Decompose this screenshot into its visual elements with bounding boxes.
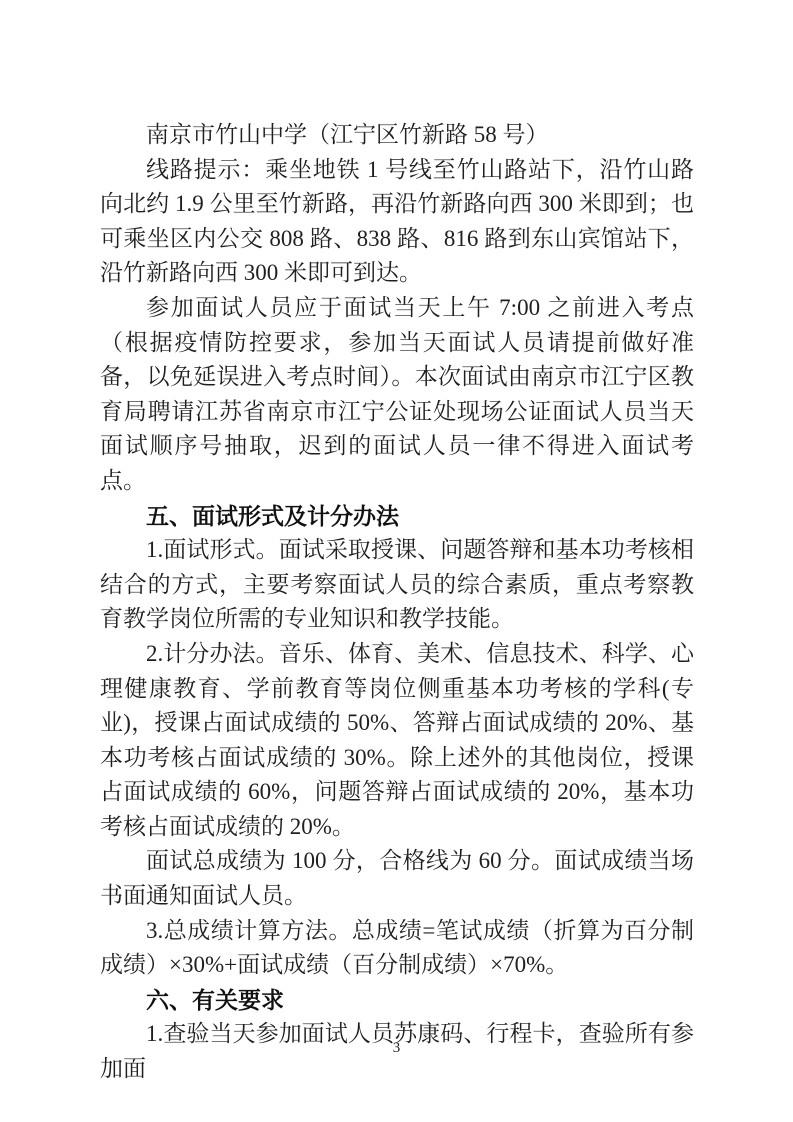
heading-section-6: 六、有关要求 [100, 983, 694, 1018]
document-content: 南京市竹山中学（江宁区竹新路 58 号） 线路提示：乘坐地铁 1 号线至竹山路站… [100, 118, 694, 1087]
paragraph-score-formula: 3.总成绩计算方法。总成绩=笔试成绩（折算为百分制成绩）×30%+面试成绩（百分… [100, 914, 694, 983]
page-number: 3 [0, 1038, 793, 1058]
paragraph-entry-notice: 参加面试人员应于面试当天上午 7:00 之前进入考点（根据疫情防控要求，参加当天… [100, 291, 694, 499]
paragraph-scoring-method: 2.计分办法。音乐、体育、美术、信息技术、科学、心理健康教育、学前教育等岗位侧重… [100, 637, 694, 845]
paragraph-total-score: 面试总成绩为 100 分，合格线为 60 分。面试成绩当场书面通知面试人员。 [100, 844, 694, 913]
document-page: 南京市竹山中学（江宁区竹新路 58 号） 线路提示：乘坐地铁 1 号线至竹山路站… [0, 0, 793, 1122]
heading-section-5: 五、面试形式及计分办法 [100, 499, 694, 534]
paragraph-school-address: 南京市竹山中学（江宁区竹新路 58 号） [100, 118, 694, 153]
paragraph-interview-format: 1.面试形式。面试采取授课、问题答辩和基本功考核相结合的方式，主要考察面试人员的… [100, 533, 694, 637]
paragraph-route-tips: 线路提示：乘坐地铁 1 号线至竹山路站下，沿竹山路向北约 1.9 公里至竹新路，… [100, 153, 694, 291]
